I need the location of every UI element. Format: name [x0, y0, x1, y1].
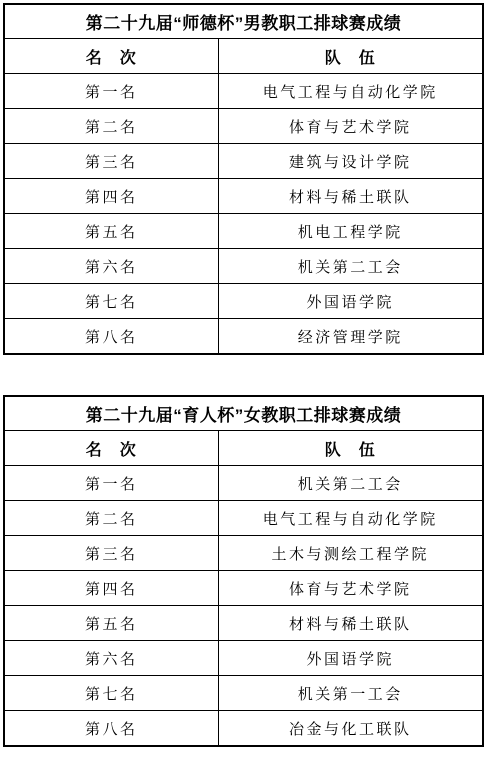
table-row: 第一名 电气工程与自动化学院: [4, 74, 483, 109]
team-column-header: 队 伍: [218, 39, 483, 74]
rank-cell: 第二名: [4, 501, 218, 536]
rank-cell: 第四名: [4, 571, 218, 606]
table-row: 第五名 材料与稀土联队: [4, 606, 483, 641]
table-title: 第二十九届“师德杯”男教职工排球赛成绩: [4, 4, 483, 39]
rank-cell: 第六名: [4, 641, 218, 676]
table-row: 第四名 材料与稀土联队: [4, 179, 483, 214]
team-cell: 外国语学院: [218, 641, 483, 676]
rank-column-header: 名 次: [4, 39, 218, 74]
table-row: 第八名 经济管理学院: [4, 319, 483, 355]
team-cell: 经济管理学院: [218, 319, 483, 355]
table-row: 第三名 建筑与设计学院: [4, 144, 483, 179]
rank-cell: 第五名: [4, 606, 218, 641]
team-cell: 材料与稀土联队: [218, 179, 483, 214]
rank-cell: 第八名: [4, 319, 218, 355]
table-row: 第五名 机电工程学院: [4, 214, 483, 249]
rank-cell: 第七名: [4, 676, 218, 711]
rank-cell: 第三名: [4, 144, 218, 179]
table-row: 第一名 机关第二工会: [4, 466, 483, 501]
document-page: 第二十九届“师德杯”男教职工排球赛成绩 名 次 队 伍 第一名 电气工程与自动化…: [0, 0, 486, 757]
table-row: 第二名 电气工程与自动化学院: [4, 501, 483, 536]
team-cell: 机关第二工会: [218, 466, 483, 501]
table-row: 第六名 机关第二工会: [4, 249, 483, 284]
rank-cell: 第一名: [4, 74, 218, 109]
rank-cell: 第一名: [4, 466, 218, 501]
team-cell: 材料与稀土联队: [218, 606, 483, 641]
table-row: 第七名 外国语学院: [4, 284, 483, 319]
team-cell: 机关第二工会: [218, 249, 483, 284]
header-row: 名 次 队 伍: [4, 39, 483, 74]
team-cell: 机电工程学院: [218, 214, 483, 249]
rank-cell: 第六名: [4, 249, 218, 284]
team-cell: 机关第一工会: [218, 676, 483, 711]
header-row: 名 次 队 伍: [4, 431, 483, 466]
rank-cell: 第七名: [4, 284, 218, 319]
rank-cell: 第三名: [4, 536, 218, 571]
team-cell: 建筑与设计学院: [218, 144, 483, 179]
rank-cell: 第四名: [4, 179, 218, 214]
rank-cell: 第五名: [4, 214, 218, 249]
table-row: 第六名 外国语学院: [4, 641, 483, 676]
rank-cell: 第二名: [4, 109, 218, 144]
team-cell: 体育与艺术学院: [218, 109, 483, 144]
team-cell: 外国语学院: [218, 284, 483, 319]
team-cell: 电气工程与自动化学院: [218, 501, 483, 536]
rank-column-header: 名 次: [4, 431, 218, 466]
womens-volleyball-results-table: 第二十九届“育人杯”女教职工排球赛成绩 名 次 队 伍 第一名 机关第二工会 第…: [3, 395, 484, 747]
team-cell: 体育与艺术学院: [218, 571, 483, 606]
team-cell: 电气工程与自动化学院: [218, 74, 483, 109]
title-row: 第二十九届“育人杯”女教职工排球赛成绩: [4, 396, 483, 431]
team-column-header: 队 伍: [218, 431, 483, 466]
table-row: 第七名 机关第一工会: [4, 676, 483, 711]
table-title: 第二十九届“育人杯”女教职工排球赛成绩: [4, 396, 483, 431]
table-row: 第四名 体育与艺术学院: [4, 571, 483, 606]
table-row: 第三名 土木与测绘工程学院: [4, 536, 483, 571]
table-row: 第二名 体育与艺术学院: [4, 109, 483, 144]
team-cell: 冶金与化工联队: [218, 711, 483, 747]
rank-cell: 第八名: [4, 711, 218, 747]
mens-volleyball-results-table: 第二十九届“师德杯”男教职工排球赛成绩 名 次 队 伍 第一名 电气工程与自动化…: [3, 3, 484, 355]
title-row: 第二十九届“师德杯”男教职工排球赛成绩: [4, 4, 483, 39]
table-row: 第八名 冶金与化工联队: [4, 711, 483, 747]
team-cell: 土木与测绘工程学院: [218, 536, 483, 571]
